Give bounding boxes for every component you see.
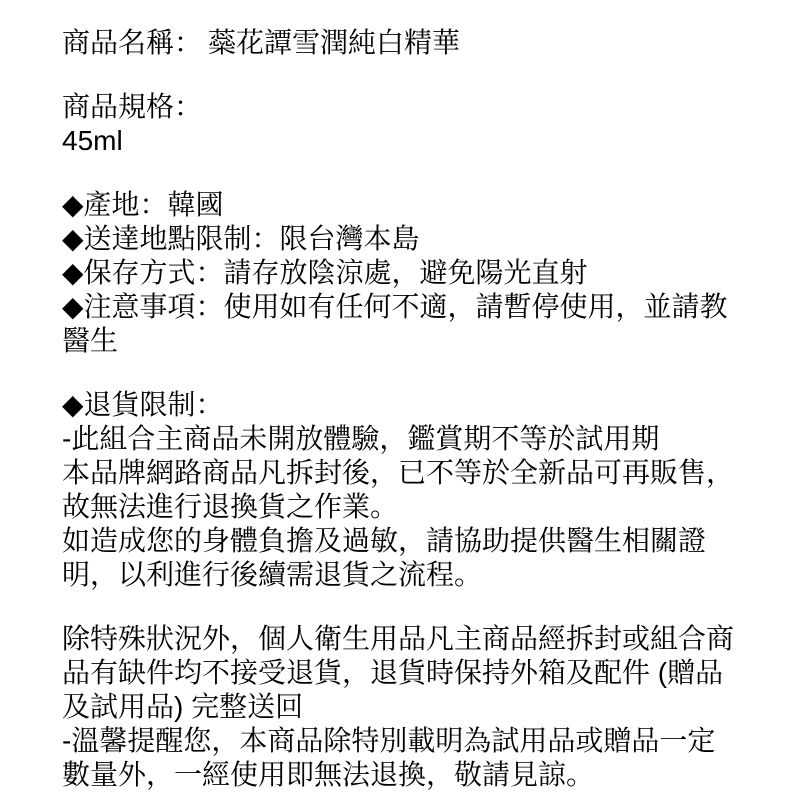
product-attributes: ◆產地：韓國 ◆送達地點限制：限台灣本島 ◆保存方式：請存放陰涼處，避免陽光直射… [62, 188, 738, 358]
return-policy: ◆退貨限制： -此組合主商品未開放體驗，鑑賞期不等於試用期 本品牌網路商品凡拆封… [62, 388, 738, 592]
return-policy-heading: ◆退貨限制： [62, 388, 738, 422]
return-policy-item: 如造成您的身體負擔及過敏，請協助提供醫生相關證明，以利進行後續需退貨之流程。 [62, 524, 738, 592]
product-name-line: 商品名稱：蘂花譚雪潤純白精華 [62, 26, 738, 60]
product-name-label: 商品名稱： [62, 27, 202, 58]
return-policy-item: 本品牌網路商品凡拆封後，已不等於全新品可再販售，故無法進行退換貨之作業。 [62, 456, 738, 524]
general-note-item: -溫馨提醒您，本商品除特別載明為試用品或贈品一定數量外，一經使用即無法退換，敬請… [62, 724, 738, 792]
return-policy-item: -此組合主商品未開放體驗，鑑賞期不等於試用期 [62, 422, 738, 456]
product-spec-block: 商品規格： 45ml [62, 90, 738, 158]
product-description-page: 商品名稱：蘂花譚雪潤純白精華 商品規格： 45ml ◆產地：韓國 ◆送達地點限制… [0, 0, 800, 800]
attr-delivery-limit: ◆送達地點限制：限台灣本島 [62, 222, 738, 256]
product-spec-value: 45ml [62, 124, 738, 158]
attr-caution: ◆注意事項：使用如有任何不適，請暫停使用，並請教醫生 [62, 290, 738, 358]
attr-storage: ◆保存方式：請存放陰涼處，避免陽光直射 [62, 256, 738, 290]
product-spec-label: 商品規格： [62, 90, 738, 124]
general-return-notes: 除特殊狀況外，個人衛生用品凡主商品經拆封或組合商品有缺件均不接受退貨，退貨時保持… [62, 622, 738, 792]
general-note-item: 除特殊狀況外，個人衛生用品凡主商品經拆封或組合商品有缺件均不接受退貨，退貨時保持… [62, 622, 738, 724]
product-name-row: 商品名稱：蘂花譚雪潤純白精華 [62, 26, 738, 60]
attr-origin: ◆產地：韓國 [62, 188, 738, 222]
product-name-value: 蘂花譚雪潤純白精華 [208, 27, 460, 58]
product-description: 商品名稱：蘂花譚雪潤純白精華 商品規格： 45ml ◆產地：韓國 ◆送達地點限制… [0, 0, 796, 792]
